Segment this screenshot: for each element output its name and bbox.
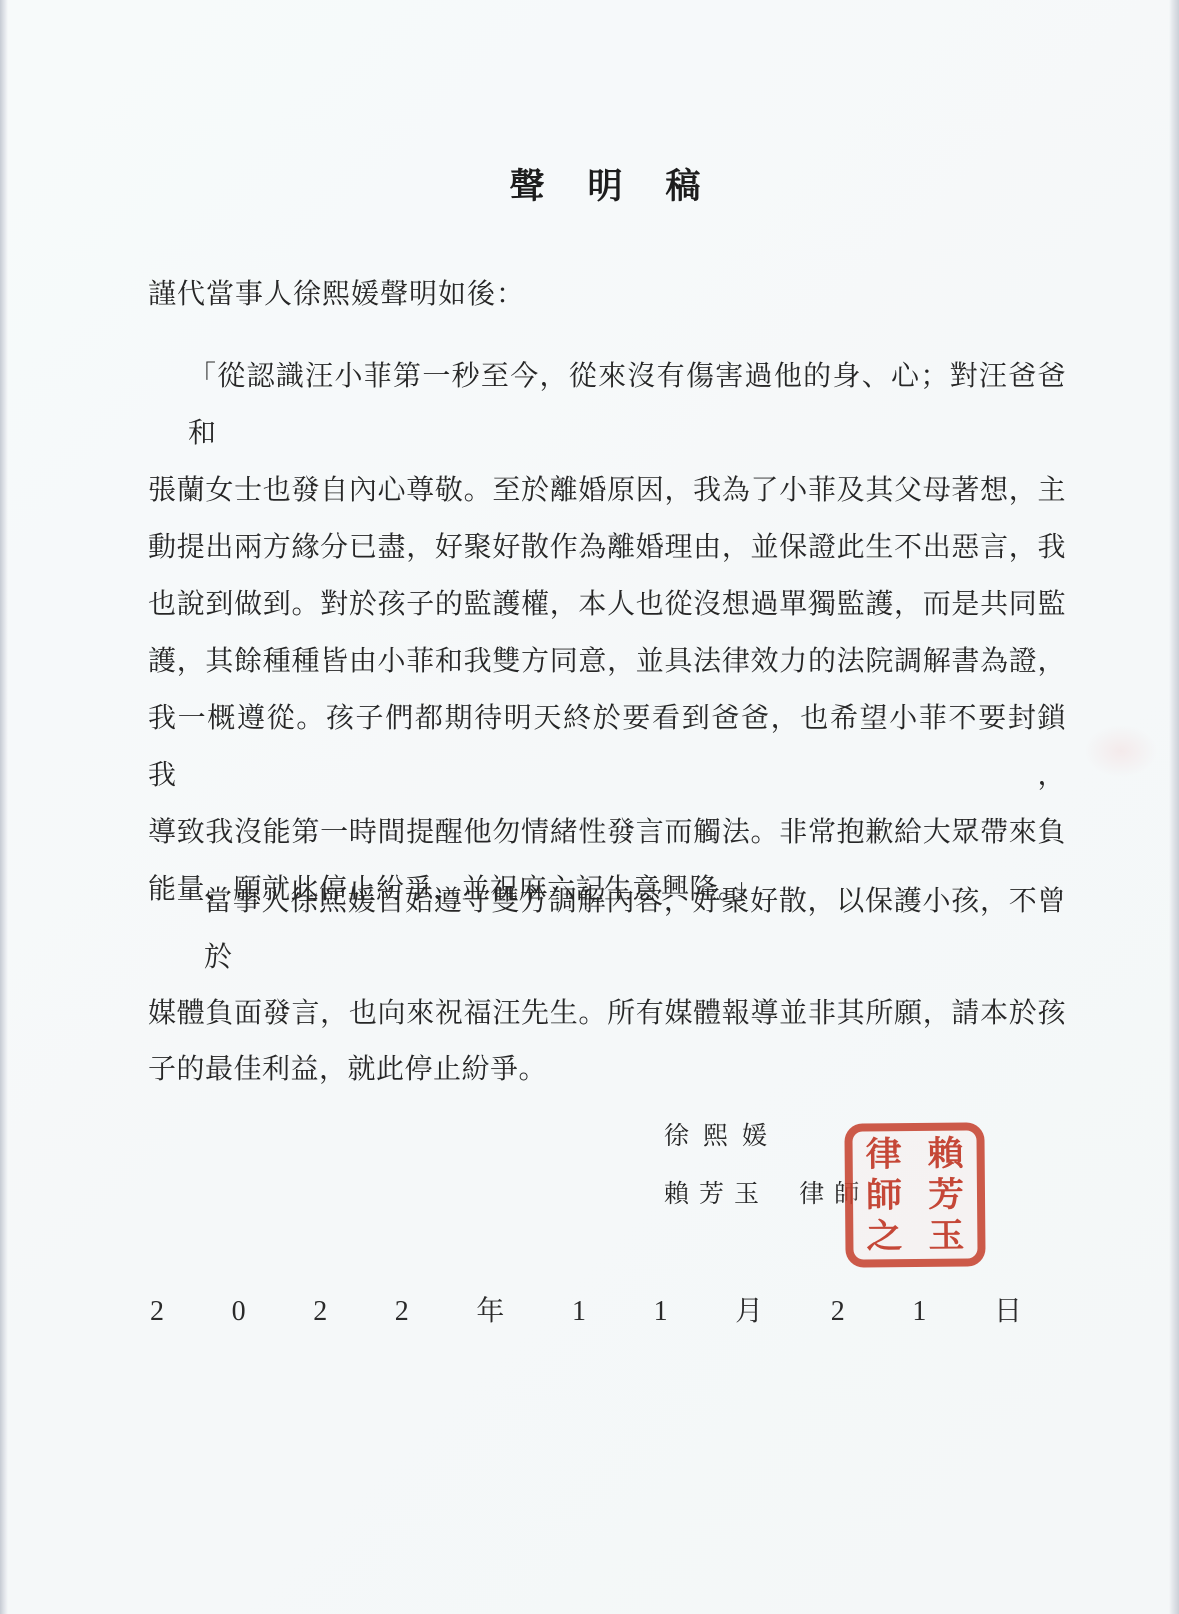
p1-line: 動提出兩方緣分已盡，好聚好散作為離婚理由，並保證此生不出惡言，我 (148, 519, 1066, 576)
seal-char: 之 (866, 1217, 902, 1255)
date-part: 2 (313, 1288, 327, 1336)
p1-line: 護，其餘種種皆由小菲和我雙方同意，並具法律效力的法院調解書為證， (148, 633, 1066, 690)
statement-paragraph-1: 「從認識汪小菲第一秒至今，從來沒有傷害過他的身、心；對汪爸爸和 張蘭女士也發自內… (148, 348, 1066, 918)
document-title: 聲 明 稿 (148, 152, 1066, 222)
p2-line: 當事人徐熙媛自始遵守雙方調解內容，好聚好散，以保護小孩，不曾於 (148, 874, 1066, 986)
date-part: 2 (150, 1288, 164, 1336)
lawyer-seal-stamp: 律 師 之 賴 芳 玉 (844, 1122, 985, 1267)
scan-smudge-artifact (1085, 725, 1157, 777)
date-part: 日 (994, 1288, 1022, 1336)
p1-line: 導致我沒能第一時間提醒他勿情緒性發言而觸法。非常抱歉給大眾帶來負 (148, 804, 1066, 861)
seal-char: 賴 (927, 1134, 963, 1172)
seal-left-column: 律 師 之 (852, 1131, 915, 1260)
date-line: 2 0 2 2 年 1 1 月 2 1 日 (150, 1288, 1022, 1336)
date-part: 2 (395, 1288, 409, 1336)
p1-line: 也說到做到。對於孩子的監護權，本人也從沒想過單獨監護，而是共同監 (148, 576, 1066, 633)
statement-paragraph-2: 當事人徐熙媛自始遵守雙方調解內容，好聚好散，以保護小孩，不曾於 媒體負面發言，也… (148, 874, 1066, 1098)
seal-char: 師 (866, 1176, 902, 1214)
p2-line: 媒體負面發言，也向來祝福汪先生。所有媒體報導並非其所願，請本於孩 (148, 986, 1066, 1042)
date-part: 年 (476, 1288, 504, 1336)
seal-char: 律 (865, 1135, 901, 1173)
scan-edge-left (0, 0, 8, 1614)
scan-edge-right (1169, 0, 1179, 1614)
date-part: 0 (232, 1288, 246, 1336)
date-part: 1 (912, 1288, 926, 1336)
scanned-statement-page: 聲 明 稿 謹代當事人徐熙媛聲明如後： 「從認識汪小菲第一秒至今，從來沒有傷害過… (0, 0, 1179, 1614)
date-part: 月 (735, 1288, 763, 1336)
signature-client-name: 徐熙媛 (664, 1109, 781, 1165)
date-part: 1 (654, 1288, 668, 1336)
date-part: 2 (831, 1288, 845, 1336)
p1-line: 我一概遵從。孩子們都期待明天終於要看到爸爸，也希望小菲不要封鎖我， (148, 690, 1066, 804)
p2-line: 子的最佳利益，就此停止紛爭。 (148, 1042, 1066, 1098)
date-part: 1 (572, 1288, 586, 1336)
signature-lawyer-name: 賴芳玉 律師 (664, 1167, 869, 1223)
p1-line: 「從認識汪小菲第一秒至今，從來沒有傷害過他的身、心；對汪爸爸和 (148, 348, 1066, 462)
seal-char: 玉 (928, 1217, 964, 1255)
seal-char: 芳 (928, 1176, 964, 1214)
seal-right-column: 賴 芳 玉 (914, 1130, 977, 1259)
p1-line: 張蘭女士也發自內心尊敬。至於離婚原因，我為了小菲及其父母著想，主 (148, 462, 1066, 519)
salutation-line: 謹代當事人徐熙媛聲明如後： (148, 267, 1066, 323)
